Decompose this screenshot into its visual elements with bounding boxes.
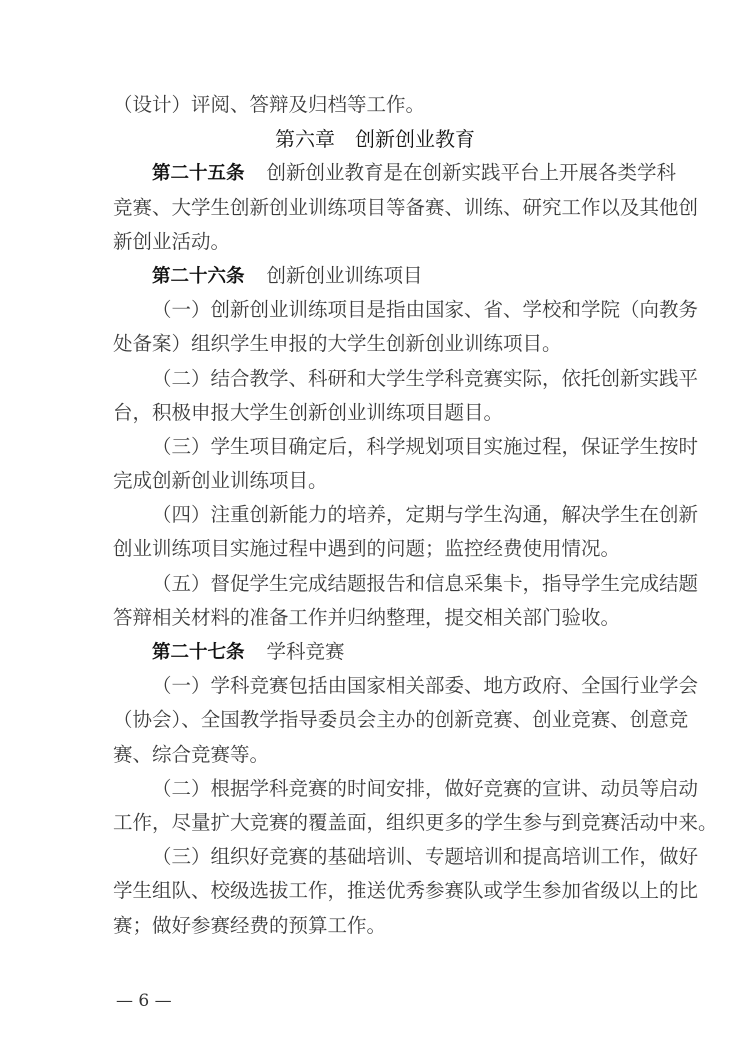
paragraph-line: 学生组队、校级选拔工作，推送优秀参赛队或学生参加省级以上的比 xyxy=(113,874,637,908)
paragraph-line: 赛、综合竞赛等。 xyxy=(113,738,637,772)
paragraph-line: （三）组织好竞赛的基础培训、专题培训和提高培训工作，做好 xyxy=(113,840,637,874)
paragraph-line: 完成创新创业训练项目。 xyxy=(113,464,637,498)
article-26-line: 第二十六条创新创业训练项目 xyxy=(113,259,637,293)
article-text: 创新创业教育是在创新实践平台上开展各类学科 xyxy=(267,161,677,184)
paragraph-line: 台，积极申报大学生创新创业训练项目题目。 xyxy=(113,396,637,430)
paragraph-line: （设计）评阅、答辩及归档等工作。 xyxy=(113,88,637,122)
paragraph-line: （二）根据学科竞赛的时间安排，做好竞赛的宣讲、动员等启动 xyxy=(113,772,637,806)
article-title: 学科竞赛 xyxy=(267,640,345,663)
paragraph-line: （三）学生项目确定后，科学规划项目实施过程，保证学生按时 xyxy=(113,430,637,464)
paragraph-line: 处备案）组织学生申报的大学生创新创业训练项目。 xyxy=(113,327,637,361)
paragraph-line: （协会）、全国教学指导委员会主办的创新竞赛、创业竞赛、创意竞 xyxy=(113,703,637,737)
article-25-line: 第二十五条创新创业教育是在创新实践平台上开展各类学科 xyxy=(113,156,637,190)
article-title: 创新创业训练项目 xyxy=(267,264,423,287)
page-number: — 6 — xyxy=(116,991,172,1011)
paragraph-line: 创业训练项目实施过程中遇到的问题；监控经费使用情况。 xyxy=(113,532,637,566)
paragraph-line: （一）创新创业训练项目是指由国家、省、学校和学院（向教务 xyxy=(113,293,637,327)
paragraph-line: 工作，尽量扩大竞赛的覆盖面，组织更多的学生参与到竞赛活动中来。 xyxy=(113,806,637,840)
paragraph-line: 新创业活动。 xyxy=(113,225,637,259)
paragraph-line: （二）结合教学、科研和大学生学科竞赛实际，依托创新实践平 xyxy=(113,362,637,396)
article-number: 第二十五条 xyxy=(152,163,245,184)
article-27-line: 第二十七条学科竞赛 xyxy=(113,635,637,669)
paragraph-line: （五）督促学生完成结题报告和信息采集卡，指导学生完成结题 xyxy=(113,567,637,601)
paragraph-line: （一）学科竞赛包括由国家相关部委、地方政府、全国行业学会 xyxy=(113,669,637,703)
paragraph-line: 竞赛、大学生创新创业训练项目等备赛、训练、研究工作以及其他创 xyxy=(113,191,637,225)
article-number: 第二十七条 xyxy=(152,642,245,663)
chapter-heading: 第六章 创新创业教育 xyxy=(113,122,637,156)
paragraph-line: （四）注重创新能力的培养，定期与学生沟通，解决学生在创新 xyxy=(113,498,637,532)
paragraph-line: 赛；做好参赛经费的预算工作。 xyxy=(113,909,637,943)
document-page: （设计）评阅、答辩及归档等工作。 第六章 创新创业教育 第二十五条创新创业教育是… xyxy=(113,88,637,943)
article-number: 第二十六条 xyxy=(152,266,245,287)
paragraph-line: 答辩相关材料的准备工作并归纳整理，提交相关部门验收。 xyxy=(113,601,637,635)
